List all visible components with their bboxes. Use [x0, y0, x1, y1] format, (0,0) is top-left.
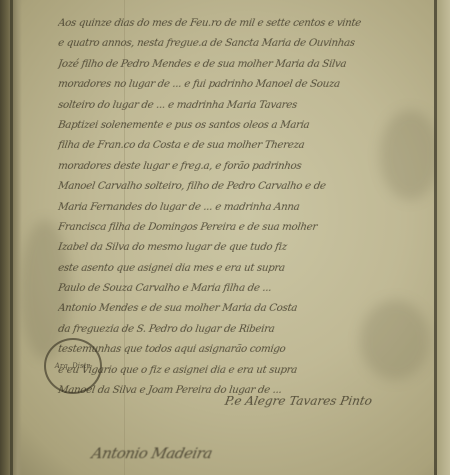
text-line: Maria Fernandes do lugar de ... e madrin…: [57, 198, 430, 218]
text-line: e eu Vigario que o fiz e asignei dia e e…: [57, 361, 430, 381]
signature: P.e Alegre Tavares Pinto: [224, 394, 373, 408]
binding-edge: [10, 0, 13, 475]
text-line: este asento que asignei dia mes e era ut…: [57, 259, 430, 279]
margin-annotation: Antonio Madeira: [90, 444, 214, 462]
text-line: Baptizei solenemente e pus os santos ole…: [57, 116, 430, 136]
text-line: da freguezia de S. Pedro do lugar de Rib…: [57, 320, 430, 340]
manuscript-page: Aos quinze dias do mes de Feu.ro de mil …: [0, 0, 450, 475]
text-line: Paulo de Souza Carvalho e Maria filha de…: [57, 279, 430, 299]
text-line: Aos quinze dias do mes de Feu.ro de mil …: [57, 14, 430, 34]
text-line: Antonio Mendes e de sua molher Maria da …: [57, 299, 430, 319]
text-line: Izabel da Silva do mesmo lugar de que tu…: [57, 238, 430, 258]
text-line: Manoel Carvalho solteiro, filho de Pedro…: [57, 177, 430, 197]
text-line: filha de Fran.co da Costa e de sua molhe…: [57, 136, 430, 156]
archive-stamp: Arq. Distr.: [44, 338, 102, 394]
text-line: solteiro do lugar de ... e madrinha Mari…: [57, 96, 430, 116]
text-line: moradores deste lugar e freg.a, e forão …: [57, 157, 430, 177]
text-line: e quatro annos, nesta fregue.a de Sancta…: [57, 34, 430, 54]
text-line: Francisca filha de Domingos Pereira e de…: [57, 218, 430, 238]
text-line: moradores no lugar de ... e fui padrinho…: [57, 75, 430, 95]
stamp-text: Arq. Distr.: [51, 362, 95, 371]
manuscript-text: Aos quinze dias do mes de Feu.ro de mil …: [58, 14, 428, 401]
text-line: testemunhas que todos aqui asignarão com…: [57, 340, 430, 360]
text-line: Jozé filho de Pedro Mendes e de sua molh…: [57, 55, 430, 75]
next-page-strip: [437, 0, 450, 475]
